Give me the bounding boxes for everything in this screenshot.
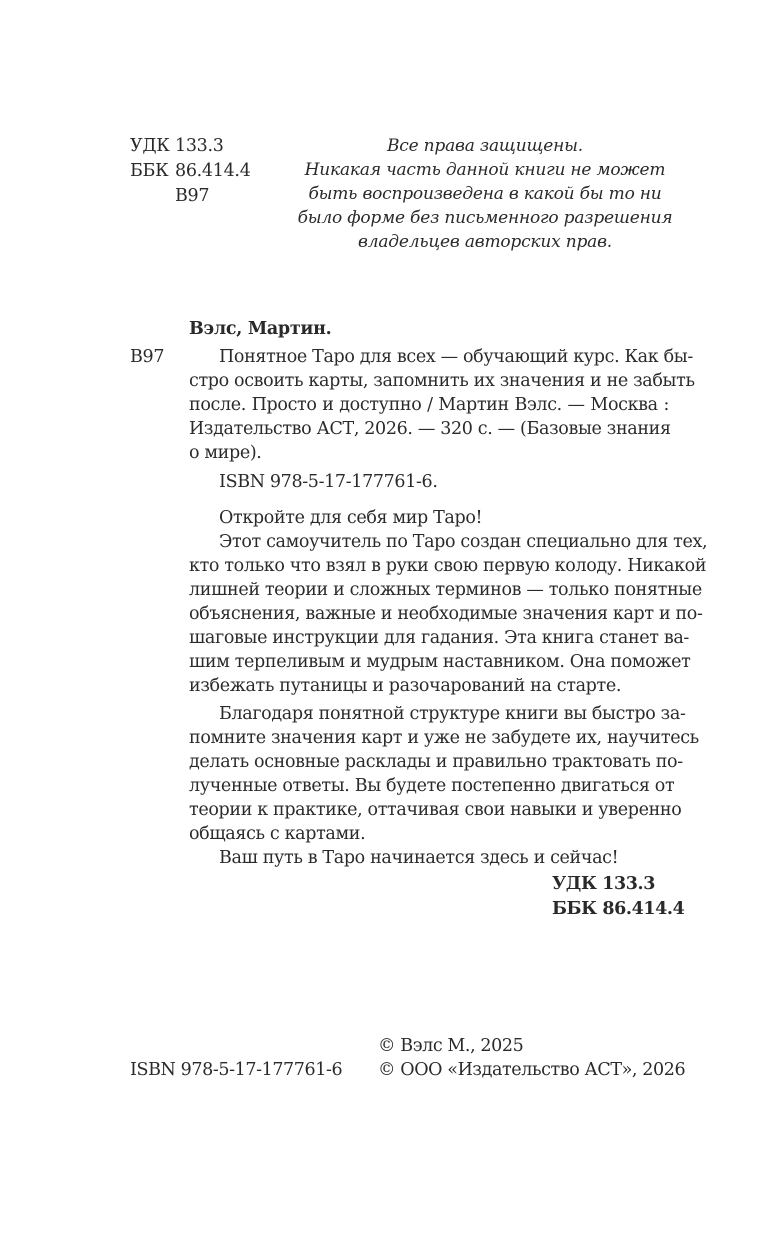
rights-line: быть воспроизведена в какой бы то ни bbox=[290, 182, 680, 206]
rights-line: Никакая часть данной книги не может bbox=[290, 158, 680, 182]
bib-line: после. Просто и доступно / Мартин Вэлс. … bbox=[189, 393, 669, 417]
bib-code: В97 bbox=[130, 345, 164, 369]
author-sign-row: В97 bbox=[130, 184, 251, 209]
annotation-line: Этот самоучитель по Таро создан специаль… bbox=[189, 530, 669, 554]
rights-line: было форме без письменного разрешения bbox=[290, 206, 680, 230]
udk-value: 133.3 bbox=[175, 134, 224, 159]
bottom-classification: УДК 133.3 ББК 86.414.4 bbox=[552, 872, 684, 922]
udk-row: УДК 133.3 bbox=[130, 134, 251, 159]
rights-line: Все права защищены. bbox=[290, 134, 680, 158]
annotation-line: кто только что взял в руки свою первую к… bbox=[189, 554, 669, 578]
rights-line: владельцев авторских прав. bbox=[290, 230, 680, 254]
udk-label: УДК bbox=[130, 134, 175, 159]
annotation-line: шим терпеливым и мудрым наставником. Она… bbox=[189, 650, 669, 674]
annotation-line: лишней теории и сложных терминов — тольк… bbox=[189, 578, 669, 602]
annotation-line: Ваш путь в Таро начинается здесь и сейча… bbox=[189, 846, 669, 870]
author-name: Вэлс, Мартин. bbox=[189, 317, 331, 342]
annotation-paragraph-2: Благодаря понятной структуре книги вы бы… bbox=[189, 702, 669, 870]
bib-isbn: ISBN 978-5-17-177761-6. bbox=[189, 470, 669, 494]
bbk-value: 86.414.4 bbox=[175, 159, 251, 184]
annotation-line: Откройте для себя мир Таро! bbox=[189, 506, 669, 530]
copyright-page: УДК 133.3 ББК 86.414.4 В97 Все права защ… bbox=[0, 0, 768, 1240]
bottom-bbk: ББК 86.414.4 bbox=[552, 897, 684, 922]
isbn-text: ISBN 978-5-17-177761-6. bbox=[189, 470, 669, 494]
annotation-line: теории к практике, оттачивая свои навыки… bbox=[189, 798, 669, 822]
copyright-author: © Вэлс М., 2025 bbox=[378, 1034, 685, 1058]
annotation-line: делать основные расклады и правильно тра… bbox=[189, 750, 669, 774]
annotation-line: шаговые инструкции для гадания. Эта книг… bbox=[189, 626, 669, 650]
copyright-publisher: © ООО «Издательство АСТ», 2026 bbox=[378, 1058, 685, 1082]
annotation-line: общаясь с картами. bbox=[189, 822, 669, 846]
annotation-paragraph-1: Откройте для себя мир Таро! Этот самоучи… bbox=[189, 506, 669, 698]
annotation-line: лученные ответы. Вы будете постепенно дв… bbox=[189, 774, 669, 798]
bib-line: Издательство АСТ, 2026. — 320 с. — (Базо… bbox=[189, 417, 669, 441]
annotation-line: Благодаря понятной структуре книги вы бы… bbox=[189, 702, 669, 726]
bib-line: о мире). bbox=[189, 441, 669, 465]
annotation-line: объяснения, важные и необходимые значени… bbox=[189, 602, 669, 626]
rights-notice: Все права защищены. Никакая часть данной… bbox=[290, 134, 680, 254]
classification-block: УДК 133.3 ББК 86.414.4 В97 bbox=[130, 134, 251, 209]
footer-isbn: ISBN 978-5-17-177761-6 bbox=[130, 1058, 342, 1082]
footer-copyright: © Вэлс М., 2025 © ООО «Издательство АСТ»… bbox=[378, 1034, 685, 1082]
bbk-label: ББК bbox=[130, 159, 175, 184]
author-sign: В97 bbox=[175, 184, 209, 209]
annotation-line: избежать путаницы и разочарований на ста… bbox=[189, 674, 669, 698]
bbk-row: ББК 86.414.4 bbox=[130, 159, 251, 184]
bib-line: Понятное Таро для всех — обучающий курс.… bbox=[189, 345, 669, 369]
bib-description: Понятное Таро для всех — обучающий курс.… bbox=[189, 345, 669, 465]
annotation-line: помните значения карт и уже не забудете … bbox=[189, 726, 669, 750]
bib-line: стро освоить карты, запомнить их значени… bbox=[189, 369, 669, 393]
bottom-udk: УДК 133.3 bbox=[552, 872, 684, 897]
